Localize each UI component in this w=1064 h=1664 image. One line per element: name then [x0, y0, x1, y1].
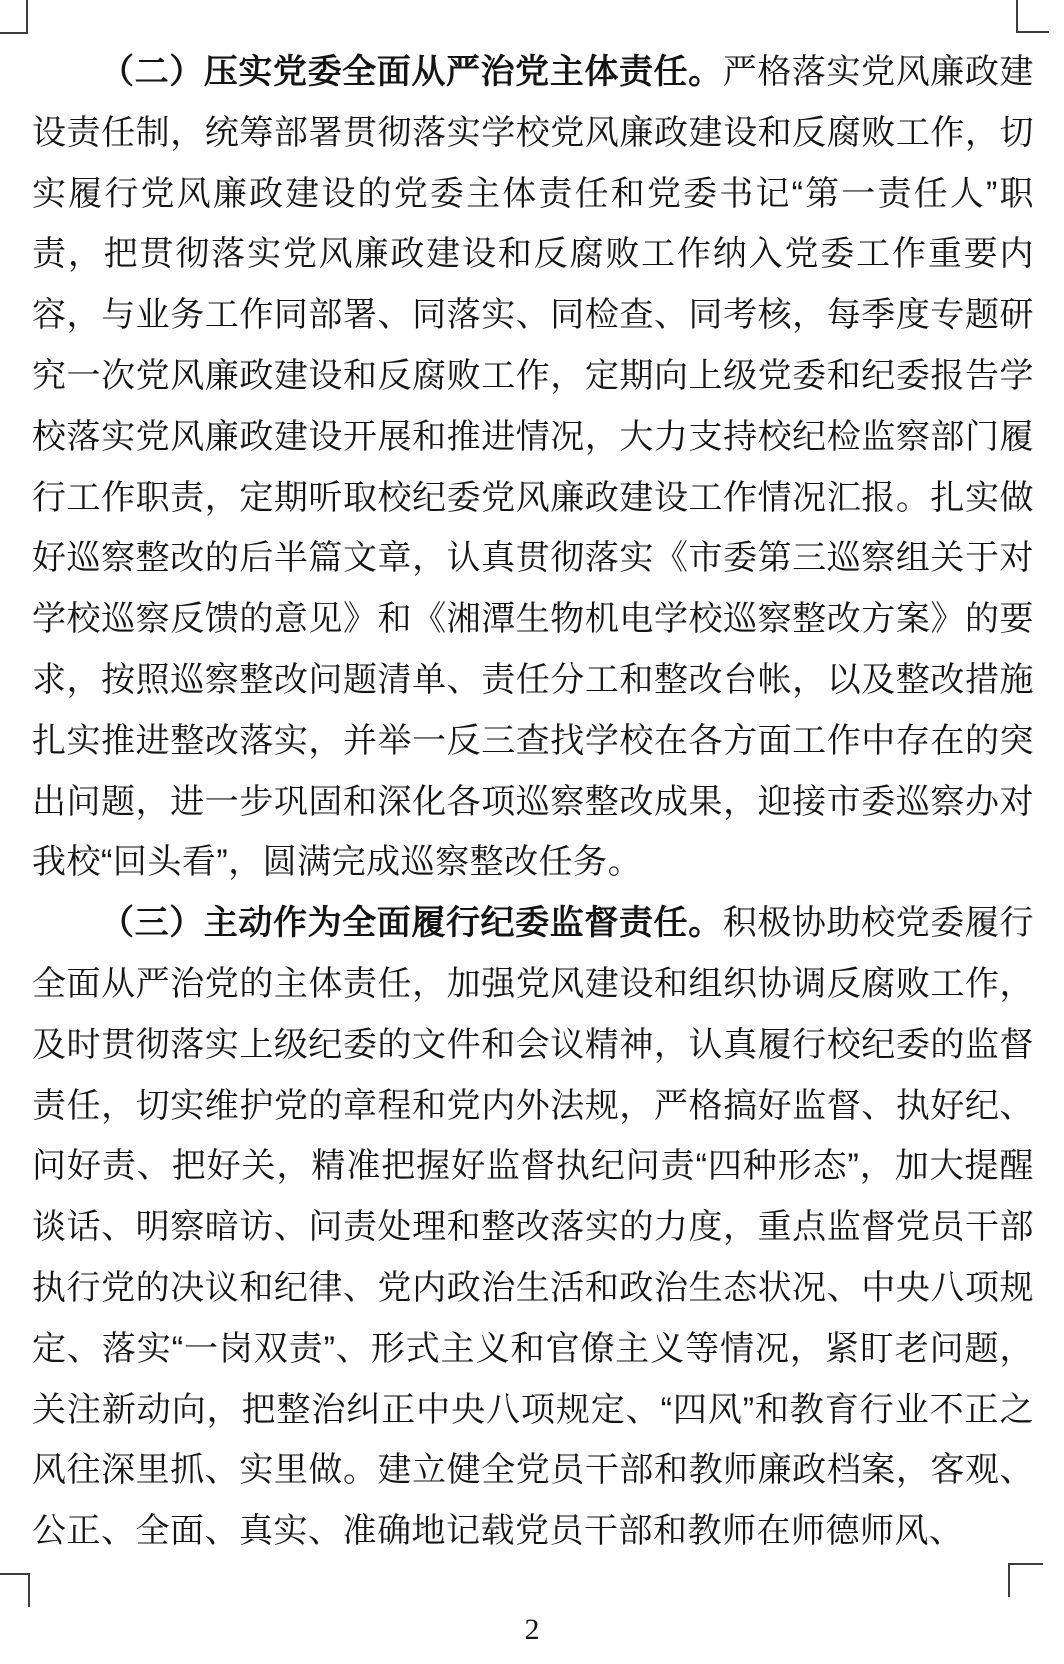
- paragraph-section-3-heading: （三）主动作为全面履行纪委监督责任。: [100, 904, 723, 942]
- paragraph-section-3: （三）主动作为全面履行纪委监督责任。积极协助校党委履行全面从严治党的主体责任，加…: [32, 893, 1034, 1562]
- paragraph-section-2-heading: （二）压实党委全面从严治党主体责任。: [100, 53, 723, 91]
- crop-mark-top-right: [1016, 0, 1049, 33]
- crop-mark-top-left: [0, 0, 28, 34]
- document-body-text: （二）压实党委全面从严治党主体责任。严格落实党风廉政建设责任制，统筹部署贯彻落实…: [32, 42, 1034, 1562]
- crop-mark-bottom-right: [1008, 1563, 1043, 1597]
- crop-mark-bottom-left: [0, 1573, 30, 1607]
- page-number: 2: [0, 1612, 1064, 1648]
- paragraph-section-3-body: 积极协助校党委履行全面从严治党的主体责任，加强党风建设和组织协调反腐败工作，及时…: [32, 904, 1034, 1550]
- document-page: （二）压实党委全面从严治党主体责任。严格落实党风廉政建设责任制，统筹部署贯彻落实…: [0, 0, 1064, 1664]
- paragraph-section-2: （二）压实党委全面从严治党主体责任。严格落实党风廉政建设责任制，统筹部署贯彻落实…: [32, 42, 1034, 893]
- paragraph-section-2-body: 严格落实党风廉政建设责任制，统筹部署贯彻落实学校党风廉政建设和反腐败工作，切实履…: [32, 53, 1034, 881]
